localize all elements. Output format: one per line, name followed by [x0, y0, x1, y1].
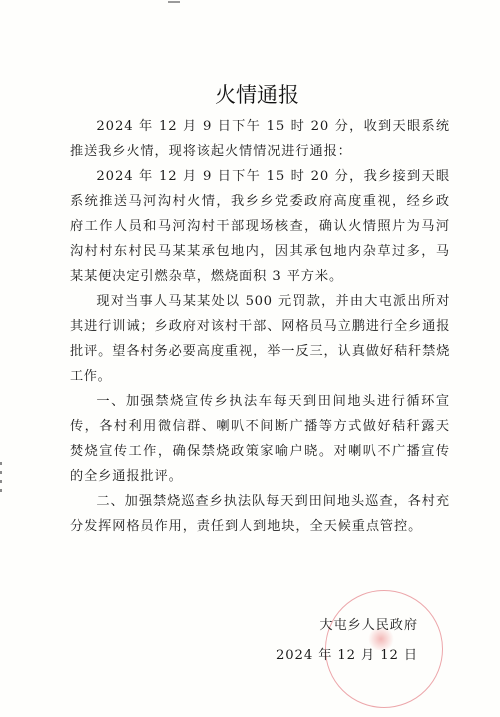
document-title: 火情通报 — [0, 79, 500, 109]
paragraph-measure-2: 二、加强禁烧巡查乡执法队每天到田间地头巡查，各村充分发挥网格员作用，责任到人到地… — [70, 489, 450, 539]
signature-date: 2024 年 12 月 12 日 — [276, 641, 418, 671]
paragraph-penalty: 现对当事人马某某处以 500 元罚款，并由大屯派出所对其进行训诫；乡政府对该村干… — [70, 289, 450, 389]
signature-organization: 大屯乡人民政府 — [276, 611, 418, 641]
paragraph-incident: 2024 年 12 月 9 日下午 15 时 20 分，我乡接到天眼系统推送马河… — [70, 164, 450, 289]
document-page: 火情通报 2024 年 12 月 9 日下午 15 时 20 分，收到天眼系统推… — [0, 0, 500, 717]
binding-marks — [0, 462, 3, 522]
signature-block: 大屯乡人民政府 2024 年 12 月 12 日 — [276, 611, 418, 671]
paragraph-measure-1: 一、加强禁烧宣传乡执法车每天到田间地头进行循环宣传，各村利用微信群、喇叭不间断广… — [70, 389, 450, 489]
paragraph-intro: 2024 年 12 月 9 日下午 15 时 20 分，收到天眼系统推送我乡火情… — [70, 114, 450, 164]
document-body: 2024 年 12 月 9 日下午 15 时 20 分，收到天眼系统推送我乡火情… — [70, 114, 450, 539]
scan-mark — [168, 1, 180, 3]
